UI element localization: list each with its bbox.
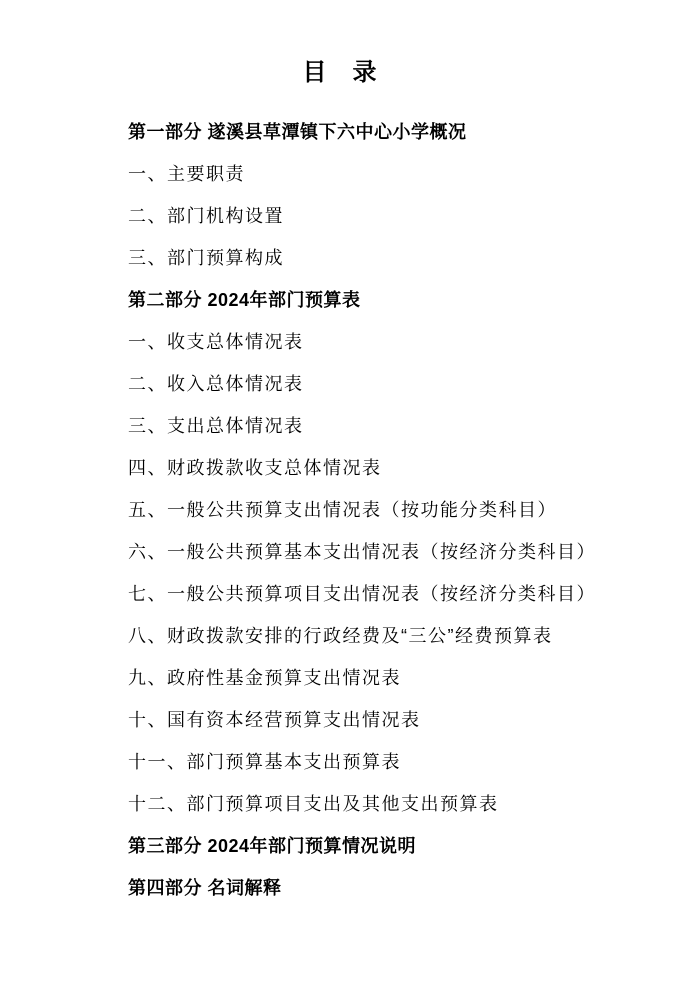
toc-entry-part4: 第四部分 名词解释 xyxy=(128,867,640,909)
toc-entry: 十、国有资本经营预算支出情况表 xyxy=(128,699,640,741)
toc-entry: 三、部门预算构成 xyxy=(128,237,640,279)
toc-entry: 一、主要职责 xyxy=(128,153,640,195)
toc-entry: 二、部门机构设置 xyxy=(128,195,640,237)
toc-entry: 八、财政拨款安排的行政经费及“三公”经费预算表 xyxy=(128,615,640,657)
toc-entry-part3: 第三部分 2024年部门预算情况说明 xyxy=(128,825,640,867)
toc-entry: 四、财政拨款收支总体情况表 xyxy=(128,447,640,489)
toc-entry: 一、收支总体情况表 xyxy=(128,321,640,363)
toc-entry: 六、一般公共预算基本支出情况表（按经济分类科目） xyxy=(128,531,640,573)
toc-entry: 十二、部门预算项目支出及其他支出预算表 xyxy=(128,783,640,825)
toc-list: 第一部分 遂溪县草潭镇下六中心小学概况 一、主要职责 二、部门机构设置 三、部门… xyxy=(0,111,680,909)
toc-entry: 七、一般公共预算项目支出情况表（按经济分类科目） xyxy=(128,573,640,615)
toc-entry: 三、支出总体情况表 xyxy=(128,405,640,447)
document-page: 目 录 第一部分 遂溪县草潭镇下六中心小学概况 一、主要职责 二、部门机构设置 … xyxy=(0,0,680,982)
toc-entry: 二、收入总体情况表 xyxy=(128,363,640,405)
toc-entry: 十一、部门预算基本支出预算表 xyxy=(128,741,640,783)
toc-entry-part1: 第一部分 遂溪县草潭镇下六中心小学概况 xyxy=(128,111,640,153)
toc-entry: 九、政府性基金预算支出情况表 xyxy=(128,657,640,699)
toc-entry: 五、一般公共预算支出情况表（按功能分类科目） xyxy=(128,489,640,531)
toc-entry-part2: 第二部分 2024年部门预算表 xyxy=(128,279,640,321)
page-title: 目 录 xyxy=(0,56,680,90)
